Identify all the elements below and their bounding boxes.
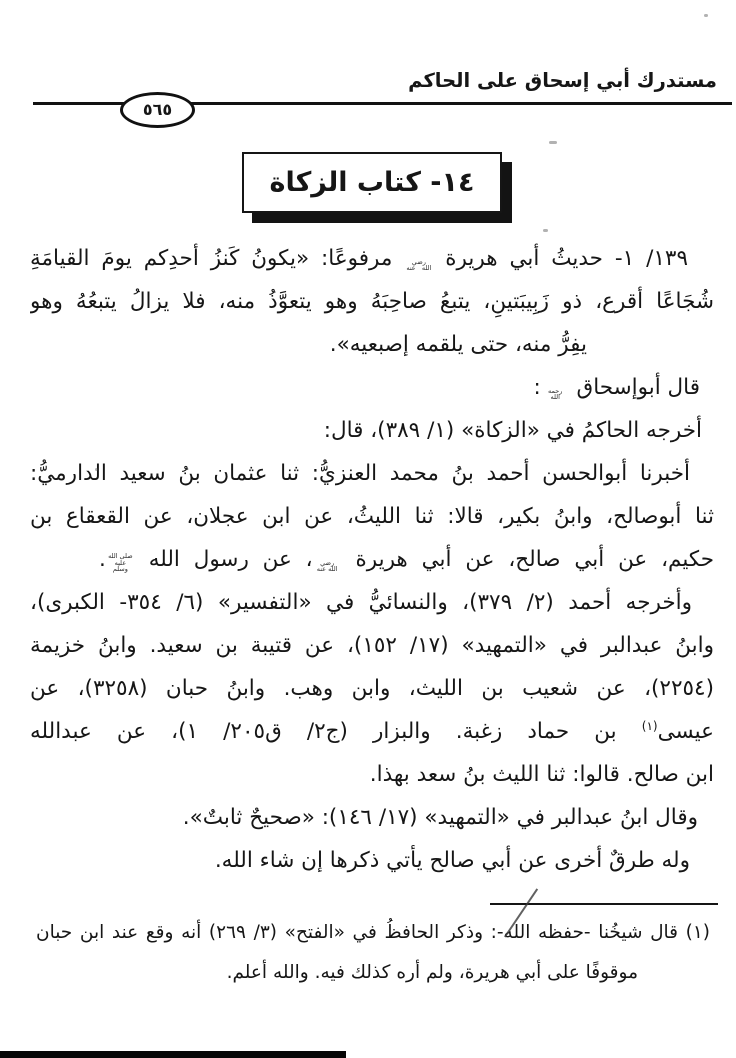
body-line: شُجَاعًا أقرع، ذو زَبِيبَتينِ، يتبعُ صاح… (30, 280, 714, 323)
body-line: ١٣٩/ ١- حديثُ أبي هريرة رضي الله عنه مرف… (30, 237, 714, 280)
body-line: موقوفًا على أبي هريرة، ولم أره كذلك فيه.… (36, 953, 710, 993)
body-line: وأخرجه أحمد (٢/ ٣٧٩)، والنسائيُّ في «الت… (30, 581, 714, 624)
body-line: يفِرُّ منه، حتى يلقمه إصبعيه». (30, 323, 714, 366)
body-line: وقال ابنُ عبدالبر في «التمهيد» (١٧/ ١٤٦)… (30, 796, 714, 839)
body-line: وابنُ عبدالبر في «التمهيد» (١٧/ ١٥٢)، عن… (30, 624, 714, 667)
body-line: أخرجه الحاكمُ في «الزكاة» (١/ ٣٨٩)، قال: (30, 409, 714, 452)
body-line: ثنا أبوصالح، وابنُ بكير، قالا: ثنا الليث… (30, 495, 714, 538)
scan-speck (704, 14, 708, 17)
scan-speck (95, 468, 98, 471)
body-line: وله طرقٌ أخرى عن أبي صالح يأتي ذكرها إن … (30, 839, 714, 882)
body-line: أخبرنا أبوالحسن أحمد بنُ محمد العنزيُّ: … (30, 452, 714, 495)
chapter-title-box: ١٤- كتاب الزكاة (242, 152, 502, 213)
scan-bottom-edge (0, 1051, 346, 1058)
running-title: مستدرك أبي إسحاق على الحاكم (408, 69, 717, 92)
honorific-seal: رضي الله عنه (315, 560, 340, 573)
honorific-seal: صلى الله عليه وسلم (108, 553, 133, 573)
page-number: ٥٦٥ (143, 100, 172, 119)
page-number-badge: ٥٦٥ (120, 92, 195, 128)
book-page: مستدرك أبي إسحاق على الحاكم ٥٦٥ ١٤- كتاب… (0, 0, 736, 1058)
footnote-marker: (١) (642, 719, 658, 733)
body-line: (٢٢٥٤)، عن شعيب بن الليث، وابن وهب. وابن… (30, 667, 714, 710)
footnote-text: (١) قال شيخُنا -حفظه الله-: وذكر الحافظُ… (36, 913, 710, 993)
chapter-title: ١٤- كتاب الزكاة (244, 154, 500, 211)
body-line: حكيم، عن أبي صالح، عن أبي هريرة رضي الله… (30, 538, 714, 581)
body-text: ١٣٩/ ١- حديثُ أبي هريرة رضي الله عنه مرف… (30, 237, 714, 882)
body-line: عيسى(١) بن حماد زغبة. والبزار (ج٢/ ق٢٠٥/… (30, 710, 714, 753)
scan-speck (543, 229, 548, 232)
honorific-seal: رحمه الله (543, 388, 568, 401)
scan-speck (549, 141, 557, 144)
honorific-seal: رضي الله عنه (406, 259, 431, 272)
body-line: ابن صالح. قالوا: ثنا الليث بنُ سعد بهذا. (30, 753, 714, 796)
body-line: قال أبوإسحاق رحمه الله: (30, 366, 714, 409)
body-line: (١) قال شيخُنا -حفظه الله-: وذكر الحافظُ… (36, 913, 710, 953)
